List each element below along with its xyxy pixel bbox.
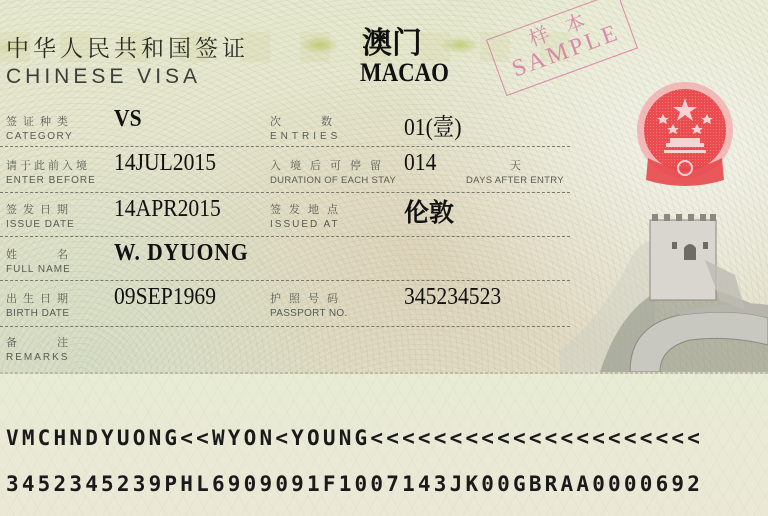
duration-value: 014 (404, 150, 436, 177)
row-divider (0, 280, 570, 281)
enter-before-value: 14JUL2015 (114, 150, 216, 177)
duration-unit: 天 DAYS AFTER ENTRY (466, 157, 564, 186)
row-divider (0, 192, 570, 193)
full-name-value: W. DYUONG (114, 240, 249, 267)
birth-date-value: 09SEP1969 (114, 284, 216, 311)
row-divider (0, 236, 570, 237)
decorative-diamond (440, 36, 480, 54)
remarks-label: 备 注 REMARKS (6, 334, 74, 363)
visa-title-english: CHINESE VISA (6, 65, 201, 89)
entries-value: 01(壹) (404, 107, 462, 142)
issued-at-value: 伦敦 (404, 193, 454, 229)
enter-before-label: 请于此前入境 ENTER BEFORE (6, 157, 96, 186)
sample-stamp: 样本 SAMPLE (486, 0, 638, 96)
entries-label: 次数 ENTRIES (270, 113, 372, 142)
issued-at-label: 签发地点 ISSUED AT (270, 201, 346, 230)
full-name-label: 姓 名 FULL NAME (6, 246, 74, 275)
birth-date-label: 出生日期 BIRTH DATE (6, 290, 74, 319)
category-value: VS (114, 106, 142, 133)
duration-label: 入境后可停留 DURATION OF EACH STAY (270, 157, 396, 186)
mrz-line-2: 3452345239PHL6909091F1007143JK00GBRAA000… (6, 472, 703, 496)
passport-no-value: 345234523 (404, 284, 501, 311)
passport-no-label: 护照号码 PASSPORT NO. (270, 290, 348, 319)
great-wall-icon (560, 200, 768, 372)
decorative-diamond (300, 36, 340, 54)
visa-page: 中华人民共和国签证 CHINESE VISA 澳门 MACAO 样本 SAMPL… (0, 0, 768, 516)
row-divider (0, 326, 570, 327)
issue-date-label: 签发日期 ISSUE DATE (6, 201, 75, 230)
destination-english: MACAO (360, 58, 449, 88)
mrz-line-1: VMCHNDYUONG<<WYON<YOUNG<<<<<<<<<<<<<<<<<… (6, 426, 703, 450)
row-divider (0, 146, 570, 147)
visa-title-chinese: 中华人民共和国签证 (6, 30, 249, 63)
destination-chinese: 澳门 (362, 18, 422, 62)
national-emblem-icon (628, 80, 743, 192)
category-label: 签证种类 CATEGORY (6, 113, 74, 142)
issue-date-value: 14APR2015 (114, 196, 221, 223)
